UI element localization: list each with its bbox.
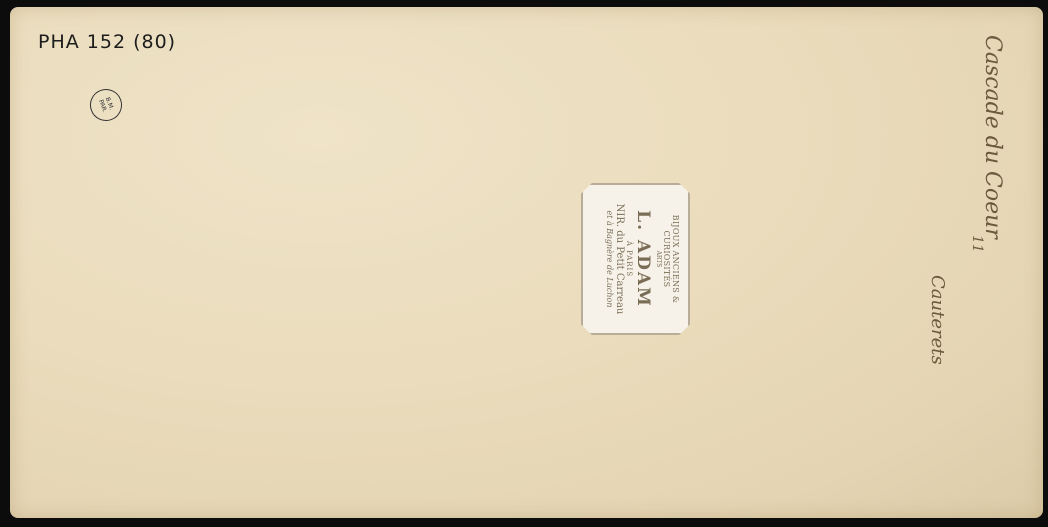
label-line: À PARIS — [625, 189, 633, 329]
handwritten-location: Cauterets — [927, 275, 948, 365]
stereoview-card-back: PHA 152 (80) B.M. PAR. BIJOUX ANCIENS & … — [10, 7, 1043, 518]
library-stamp: B.M. PAR. — [85, 84, 126, 125]
handwritten-title: Cascade du Coeur — [980, 35, 1005, 239]
photographer-label: BIJOUX ANCIENS & CURIOSITÉS ARTS L. ADAM… — [581, 183, 690, 335]
label-line: BIJOUX ANCIENS & CURIOSITÉS — [662, 189, 680, 329]
label-line: et à Bagnère de Luchon — [605, 189, 614, 329]
label-line: ARTS — [655, 189, 662, 329]
label-name: L. ADAM — [633, 189, 653, 329]
catalog-number: PHA 152 (80) — [38, 31, 176, 53]
label-line: NIR. du Petit Carreau — [614, 189, 625, 329]
handwritten-number: 11 — [969, 235, 985, 253]
